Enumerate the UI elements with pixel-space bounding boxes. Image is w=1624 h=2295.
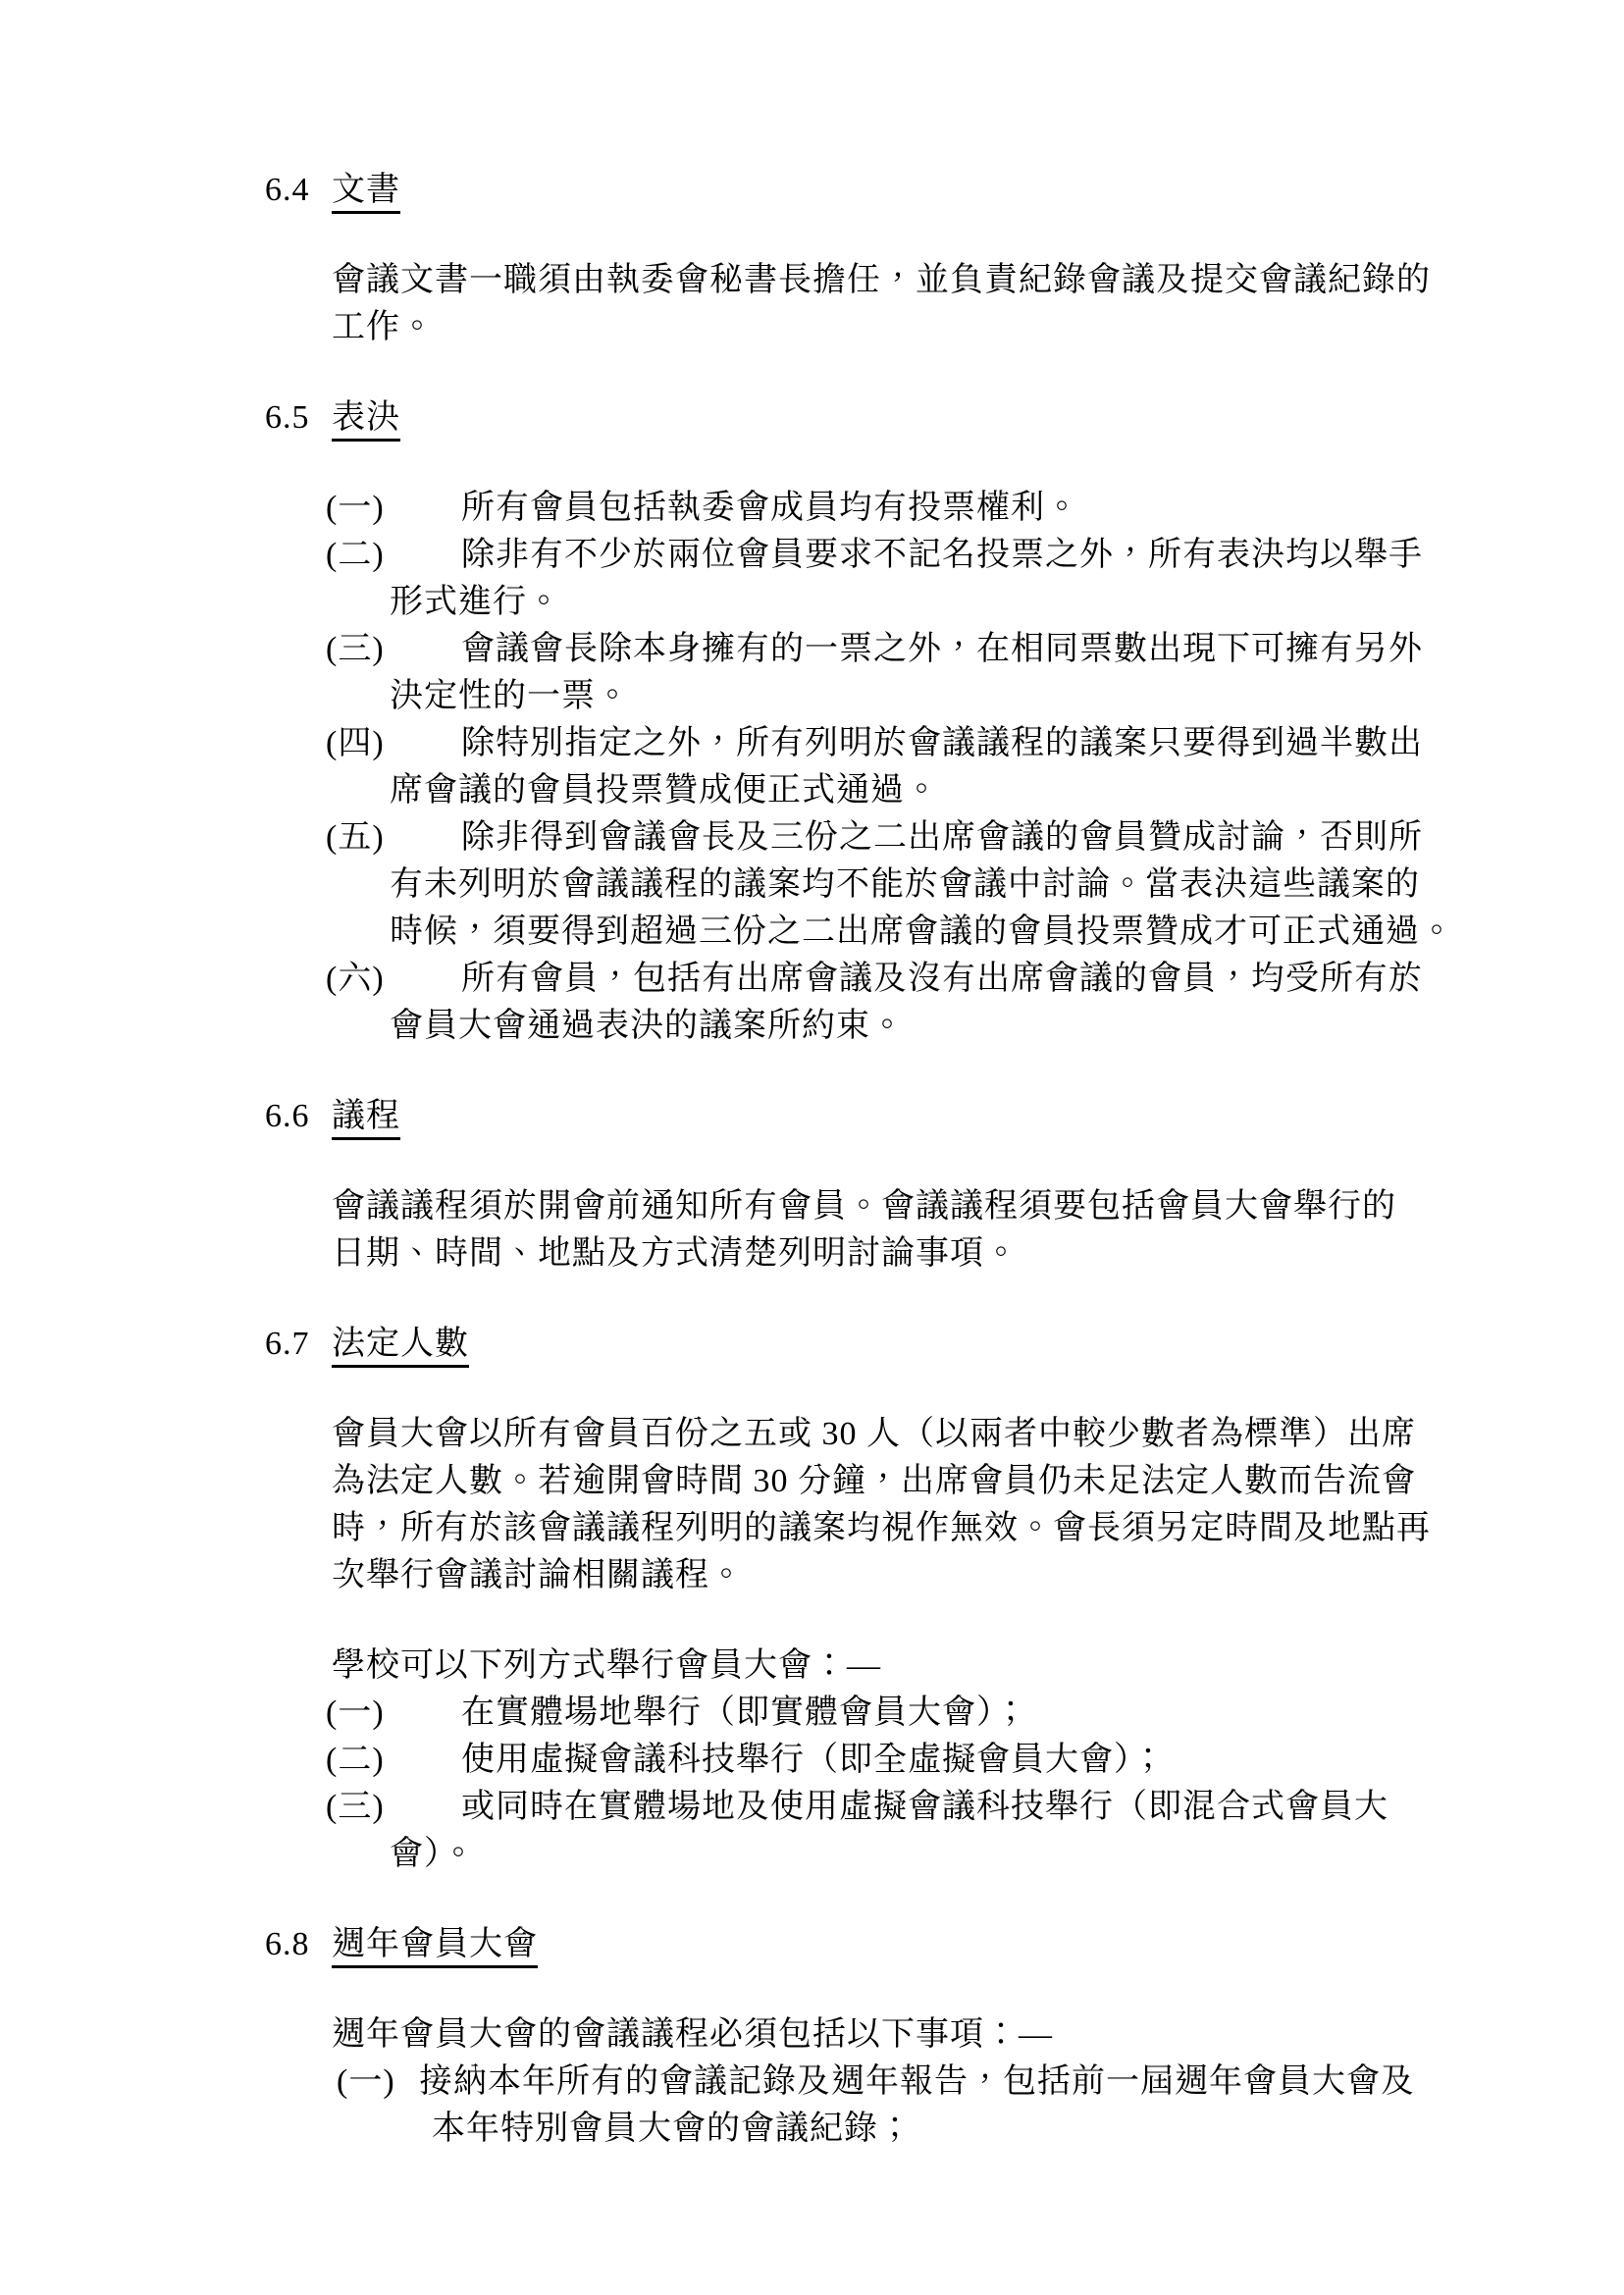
- section: 6.4文書會議文書一職須由執委會秘書長擔任，並負責紀錄會議及提交會議紀錄的工作。: [0, 167, 1624, 351]
- text-line: 學校可以下列方式舉行會員大會：—: [0, 1643, 1624, 1690]
- list-item-text: 所有會員包括執委會成員均有投票權利。: [461, 490, 1079, 526]
- list-item-marker: (一): [326, 1690, 461, 1737]
- text-line: 週年會員大會的會議議程必須包括以下事項：—: [0, 2011, 1624, 2059]
- section-number: 6.7: [265, 1321, 332, 1368]
- section-number: 6.4: [265, 167, 332, 214]
- list-item-marker: (六): [326, 956, 461, 1003]
- list-item: (三)或同時在實體場地及使用虛擬會議科技舉行（即混合式會員大: [0, 1784, 1624, 1831]
- section-number: 6.5: [265, 394, 332, 442]
- section-heading: 6.8週年會員大會: [0, 1921, 1624, 1968]
- list-item-continuation: 會員大會通過表決的議案所約束。: [0, 1003, 1624, 1050]
- list-item: (二)除非有不少於兩位會員要求不記名投票之外，所有表決均以舉手: [0, 532, 1624, 579]
- list-item-continuation: 有未列明於會議議程的議案均不能於會議中討論。當表決這些議案的: [0, 861, 1624, 909]
- text-line: 次舉行會議討論相關議程。: [0, 1552, 1624, 1599]
- list-item-text: 接納本年所有的會議記錄及週年報告，包括前一屆週年會員大會及: [419, 2063, 1415, 2100]
- list-item-marker: (三): [326, 1784, 461, 1831]
- list-item-text: 會議會長除本身擁有的一票之外，在相同票數出現下可擁有另外: [461, 631, 1423, 667]
- list-item-marker: (二): [326, 1737, 461, 1784]
- section-title: 表決: [332, 398, 400, 442]
- list-item: (一)在實體場地舉行（即實體會員大會）；: [0, 1690, 1624, 1737]
- list-item-continuation: 時候，須要得到超過三份之二出席會議的會員投票贊成才可正式通過。: [0, 909, 1624, 956]
- paragraph: 會議文書一職須由執委會秘書長擔任，並負責紀錄會議及提交會議紀錄的工作。: [0, 257, 1624, 351]
- document-page: 6.4文書會議文書一職須由執委會秘書長擔任，並負責紀錄會議及提交會議紀錄的工作。…: [0, 0, 1624, 2295]
- text-line: 為法定人數。若逾開會時間 30 分鐘，出席會員仍未足法定人數而告流會: [0, 1458, 1624, 1505]
- paragraph: 學校可以下列方式舉行會員大會：—: [0, 1643, 1624, 1690]
- list-item-marker: (一): [337, 2059, 419, 2106]
- numbered-list: (一)在實體場地舉行（即實體會員大會）；(二)使用虛擬會議科技舉行（即全虛擬會員…: [0, 1690, 1624, 1878]
- list-item-marker: (三): [326, 626, 461, 673]
- text-line: 會員大會以所有會員百份之五或 30 人（以兩者中較少數者為標準）出席: [0, 1411, 1624, 1458]
- section: 6.5表決(一)所有會員包括執委會成員均有投票權利。(二)除非有不少於兩位會員要…: [0, 394, 1624, 1050]
- section: 6.8週年會員大會週年會員大會的會議議程必須包括以下事項：—(一)接納本年所有的…: [0, 1921, 1624, 2153]
- text-line: 會議議程須於開會前通知所有會員。會議議程須要包括會員大會舉行的: [0, 1183, 1624, 1230]
- list-item-continuation: 本年特別會員大會的會議紀錄；: [0, 2106, 1624, 2153]
- section-heading: 6.6議程: [0, 1093, 1624, 1140]
- section: 6.6議程會議議程須於開會前通知所有會員。會議議程須要包括會員大會舉行的日期、時…: [0, 1093, 1624, 1278]
- list-item: (五)除非得到會議會長及三份之二出席會議的會員贊成討論，否則所: [0, 814, 1624, 861]
- list-item-continuation: 席會議的會員投票贊成便正式通過。: [0, 767, 1624, 814]
- text-line: 日期、時間、地點及方式清楚列明討論事項。: [0, 1230, 1624, 1278]
- list-item: (二)使用虛擬會議科技舉行（即全虛擬會員大會）；: [0, 1737, 1624, 1784]
- section-title: 週年會員大會: [332, 1925, 538, 1968]
- list-item-continuation: 形式進行。: [0, 579, 1624, 626]
- list-item-text: 除非有不少於兩位會員要求不記名投票之外，所有表決均以舉手: [461, 537, 1423, 573]
- numbered-list: (一)接納本年所有的會議記錄及週年報告，包括前一屆週年會員大會及本年特別會員大會…: [0, 2059, 1624, 2153]
- section-heading: 6.4文書: [0, 167, 1624, 214]
- list-item-text: 或同時在實體場地及使用虛擬會議科技舉行（即混合式會員大: [461, 1789, 1388, 1825]
- list-item-continuation: 決定性的一票。: [0, 673, 1624, 720]
- section-number: 6.6: [265, 1093, 332, 1140]
- list-item-continuation: 會）。: [0, 1831, 1624, 1878]
- list-item-text: 除特別指定之外，所有列明於會議議程的議案只要得到過半數出: [461, 725, 1423, 761]
- text-line: 會議文書一職須由執委會秘書長擔任，並負責紀錄會議及提交會議紀錄的: [0, 257, 1624, 304]
- numbered-list: (一)所有會員包括執委會成員均有投票權利。(二)除非有不少於兩位會員要求不記名投…: [0, 485, 1624, 1050]
- list-item-marker: (一): [326, 485, 461, 532]
- paragraph: 會議議程須於開會前通知所有會員。會議議程須要包括會員大會舉行的日期、時間、地點及…: [0, 1183, 1624, 1278]
- list-item: (四)除特別指定之外，所有列明於會議議程的議案只要得到過半數出: [0, 720, 1624, 767]
- list-item-marker: (五): [326, 814, 461, 861]
- text-line: 時，所有於該會議議程列明的議案均視作無效。會長須另定時間及地點再: [0, 1505, 1624, 1552]
- list-item-marker: (四): [326, 720, 461, 767]
- list-item: (三)會議會長除本身擁有的一票之外，在相同票數出現下可擁有另外: [0, 626, 1624, 673]
- section-number: 6.8: [265, 1921, 332, 1968]
- list-item-text: 使用虛擬會議科技舉行（即全虛擬會員大會）；: [461, 1742, 1166, 1778]
- section: 6.7法定人數會員大會以所有會員百份之五或 30 人（以兩者中較少數者為標準）出…: [0, 1321, 1624, 1878]
- paragraph: 會員大會以所有會員百份之五或 30 人（以兩者中較少數者為標準）出席為法定人數。…: [0, 1411, 1624, 1599]
- section-title: 文書: [332, 171, 400, 214]
- paragraph: 週年會員大會的會議議程必須包括以下事項：—: [0, 2011, 1624, 2059]
- section-heading: 6.5表決: [0, 394, 1624, 442]
- list-item: (六)所有會員，包括有出席會議及沒有出席會議的會員，均受所有於: [0, 956, 1624, 1003]
- list-item-text: 在實體場地舉行（即實體會員大會）；: [461, 1695, 1028, 1731]
- list-item-text: 除非得到會議會長及三份之二出席會議的會員贊成討論，否則所: [461, 819, 1423, 856]
- text-line: 工作。: [0, 304, 1624, 351]
- list-item: (一)所有會員包括執委會成員均有投票權利。: [0, 485, 1624, 532]
- section-title: 議程: [332, 1097, 400, 1140]
- list-item-text: 所有會員，包括有出席會議及沒有出席會議的會員，均受所有於: [461, 961, 1423, 997]
- section-heading: 6.7法定人數: [0, 1321, 1624, 1368]
- list-item-marker: (二): [326, 532, 461, 579]
- list-item: (一)接納本年所有的會議記錄及週年報告，包括前一屆週年會員大會及: [0, 2059, 1624, 2106]
- section-title: 法定人數: [332, 1325, 469, 1368]
